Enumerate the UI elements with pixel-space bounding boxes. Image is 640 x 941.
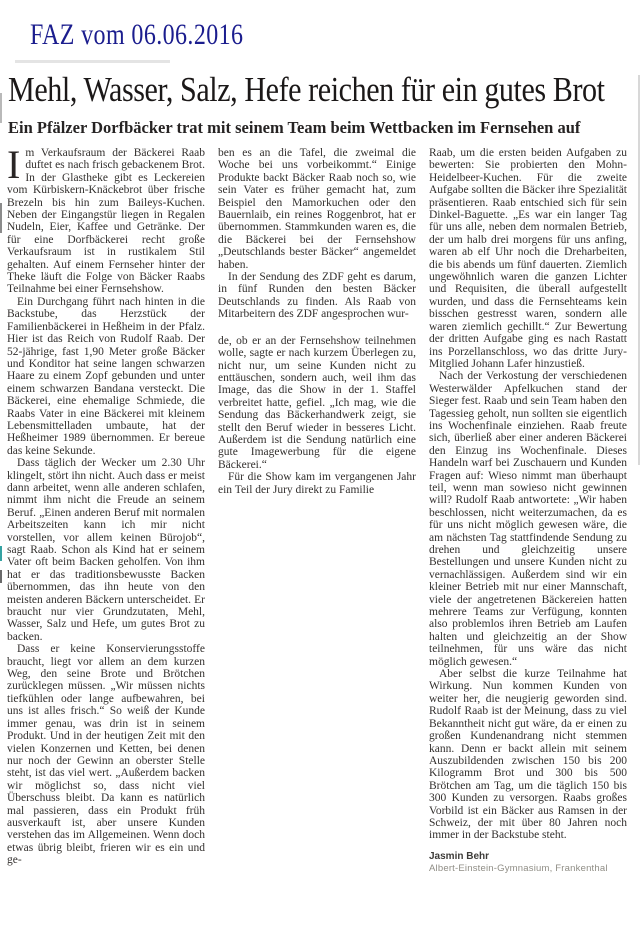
article-column-1: Im Verkaufsraum der Bäckerei Raab duftet…	[7, 147, 205, 876]
scan-teal-mark-artifact	[0, 546, 2, 561]
scan-gray-mark-artifact	[0, 570, 2, 583]
scan-smear-artifact	[15, 60, 170, 63]
scan-edge-artifact-top	[0, 93, 2, 123]
article-body-columns: Im Verkaufsraum der Bäckerei Raab duftet…	[7, 147, 627, 876]
article-column-2: ben es an die Tafel, die zweimal die Woc…	[218, 147, 416, 876]
article-headline: Mehl, Wasser, Salz, Hefe reichen für ein…	[8, 70, 605, 110]
article-paragraph: In der Sendung des ZDF geht es darum, in…	[218, 271, 416, 321]
drop-cap: I	[7, 147, 25, 181]
article-paragraph: Raab, um die ersten beiden Aufgaben zu b…	[429, 147, 627, 370]
article-paragraph: Dass täglich der Wecker um 2.30 Uhr klin…	[7, 457, 205, 643]
article-paragraph: Für die Show kam im vergangenen Jahr ein…	[218, 471, 416, 496]
source-label: FAZ vom 06.06.2016	[30, 18, 243, 52]
byline: Jasmin BehrAlbert-Einstein-Gymnasium, Fr…	[429, 851, 627, 876]
scan-edge-artifact-mid	[0, 203, 2, 233]
newspaper-clipping-page: FAZ vom 06.06.2016 Mehl, Wasser, Salz, H…	[0, 0, 640, 941]
article-subheadline: Ein Pfälzer Dorfbäcker trat mit seinem T…	[8, 118, 580, 138]
byline-affiliation: Albert-Einstein-Gymnasium, Frankenthal	[429, 863, 627, 875]
article-column-3: Raab, um die ersten beiden Aufgaben zu b…	[429, 147, 627, 876]
article-paragraph: Dass er keine Konservierungsstoffe brauc…	[7, 643, 205, 866]
article-paragraph: Nach der Verkostung der verschiedenen We…	[429, 370, 627, 668]
article-paragraph: Ein Durchgang führt nach hinten in die B…	[7, 296, 205, 457]
byline-author: Jasmin Behr	[429, 851, 627, 863]
article-paragraph: Im Verkaufsraum der Bäckerei Raab duftet…	[7, 147, 205, 296]
article-paragraph: Aber selbst die kurze Teilnahme hat Wirk…	[429, 668, 627, 842]
article-paragraph: de, ob er an der Fernsehshow teilnehmen …	[218, 335, 416, 471]
article-paragraph: ben es an die Tafel, die zweimal die Woc…	[218, 147, 416, 271]
